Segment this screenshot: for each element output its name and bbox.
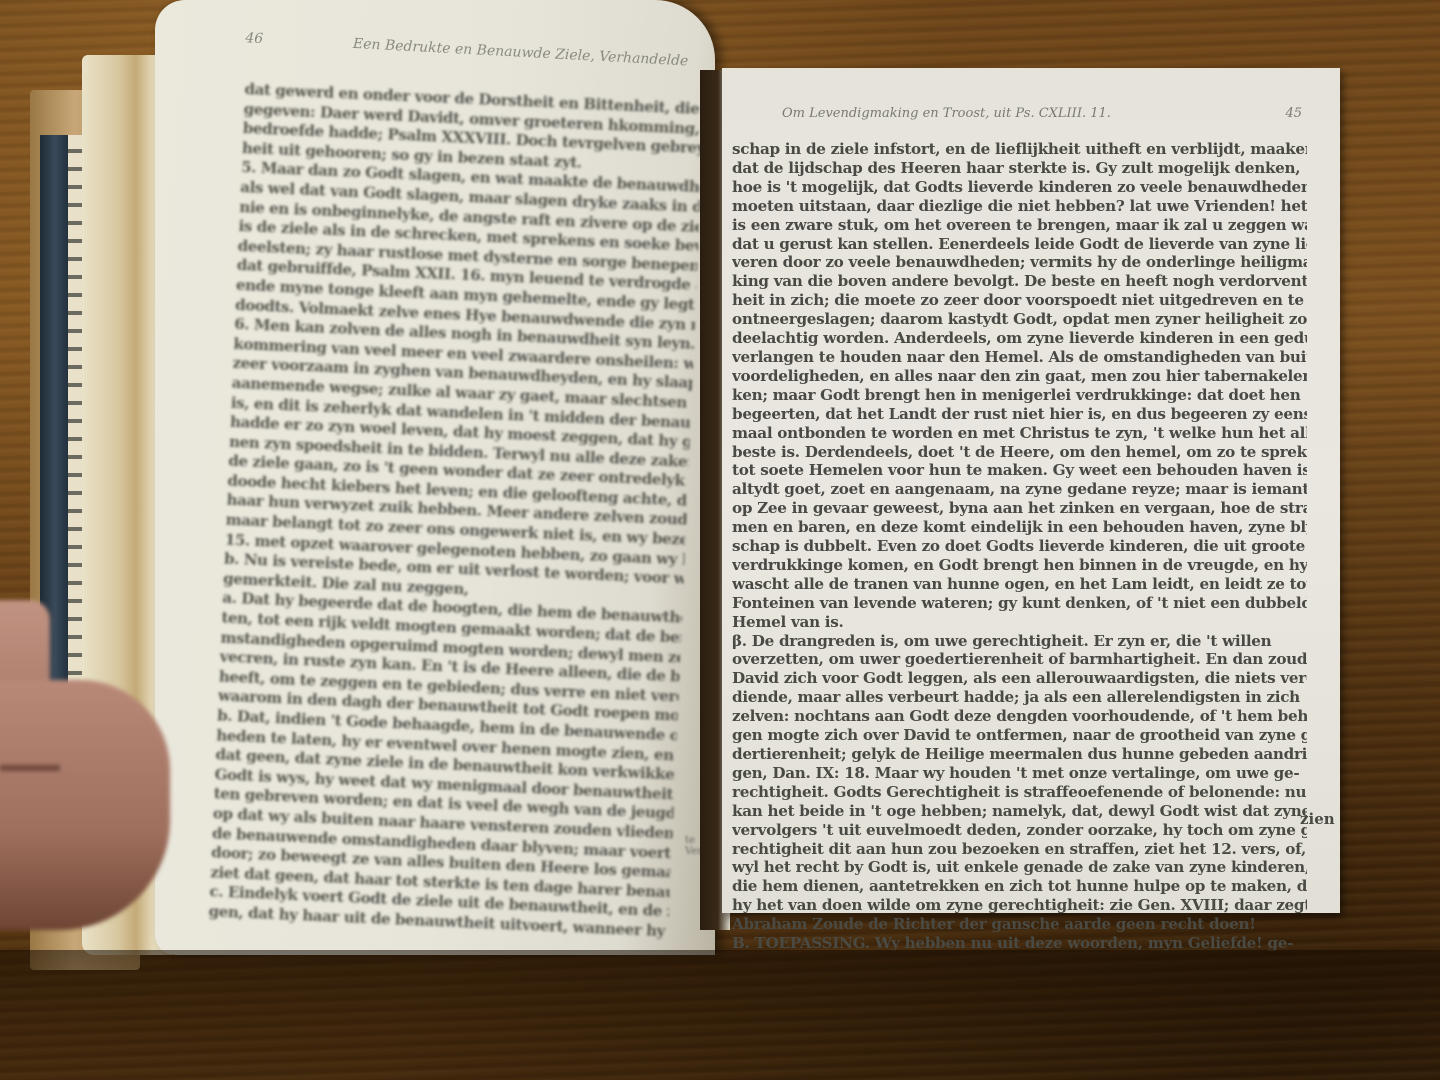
- text-line: hy het van doen wilde om zyne gerechtigh…: [732, 896, 1307, 915]
- text-line: heit in zich; die moete zo zeer door voo…: [732, 291, 1307, 310]
- left-running-head: 46 Een Bedrukte en Benauwde Ziele, Verha…: [245, 30, 695, 70]
- text-line: vervolgers 't uit euvelmoedt deden, zond…: [732, 821, 1307, 840]
- text-line: overzetten, om uwer goedertierenheit of …: [732, 650, 1307, 669]
- table-shadow: [0, 950, 1440, 1080]
- text-line: op Zee in gevaar geweest, byna aan het z…: [732, 499, 1307, 518]
- text-line: moeten uitstaan, daar diezlige die niet …: [732, 197, 1307, 216]
- text-line: is een zware stuk, om het overeen te bre…: [732, 216, 1307, 235]
- right-page: Om Levendigmaking en Troost, uit Ps. CXL…: [722, 68, 1340, 913]
- text-line: king van die boven andere bevolgt. De be…: [732, 272, 1307, 291]
- text-line: dertierenheit; gelyk de Heilige meermale…: [732, 745, 1307, 764]
- text-line: gen, Dan. IX: 18. Maar wy houden 't met …: [732, 764, 1307, 783]
- text-line: zelven: nochtans aan Godt deze dengden v…: [732, 707, 1307, 726]
- text-line: diende, maar alles verbeurt hadde; ja al…: [732, 688, 1307, 707]
- text-line: dat de lijdschap des Heeren haar sterkte…: [732, 159, 1307, 178]
- text-line: veren door zo veele benauwdheden; vermit…: [732, 253, 1307, 272]
- right-running-head: Om Levendigmaking en Troost, uit Ps. CXL…: [782, 106, 1302, 121]
- text-line: kan het beide in 't oge hebben; namelyk,…: [732, 802, 1307, 821]
- text-line: ontneergeslagen; daarom kastydt Godt, op…: [732, 310, 1307, 329]
- text-line: beste is. Derdendeels, doet 't de Heere,…: [732, 443, 1307, 462]
- text-line: Fonteinen van levende wateren; gy kunt d…: [732, 594, 1307, 613]
- text-line: schap is dubbelt. Even zo doet Godts lie…: [732, 537, 1307, 556]
- text-line: voordeligheden, en alles naar den zin ga…: [732, 367, 1307, 386]
- text-line: rechtigheit dit aan hun zou bezoeken en …: [732, 840, 1307, 859]
- text-line: maal ontbonden te worden en met Christus…: [732, 424, 1307, 443]
- text-line: deelachtig worden. Anderdeels, om zyne l…: [732, 329, 1307, 348]
- text-line: tot soete Hemelen voor hun te maken. Gy …: [732, 461, 1307, 480]
- right-running-title: Om Levendigmaking en Troost, uit Ps. CXL…: [782, 106, 1111, 121]
- text-line: verlangen te houden naar den Hemel. Als …: [732, 348, 1307, 367]
- text-line: hoe is 't mogelijk, dat Godts lieverde k…: [732, 178, 1307, 197]
- text-line: wascht alle de tranen van hunne ogen, en…: [732, 575, 1307, 594]
- text-line: ken; maar Godt brengt hen in menigerlei …: [732, 386, 1307, 405]
- left-running-title: Een Bedrukte en Benauwde Ziele, Verhande…: [353, 36, 689, 70]
- text-line: dat u gerust kan stellen. Eenerdeels lei…: [732, 235, 1307, 254]
- text-line: gen mogte zich over David te ontfermen, …: [732, 726, 1307, 745]
- text-line: rechtigheit. Godts Gerechtigheit is stra…: [732, 783, 1307, 802]
- finger-crease: [0, 765, 60, 771]
- right-page-number: 45: [1285, 106, 1302, 121]
- text-line: altydt goet, zoet en aangenaam, na zyne …: [732, 480, 1307, 499]
- text-line: wyl het recht by Godt is, uit enkele gen…: [732, 858, 1307, 877]
- left-page: 46 Een Bedrukte en Benauwde Ziele, Verha…: [155, 0, 715, 955]
- text-line: Abraham Zoude de Richter der gansche aar…: [732, 915, 1307, 934]
- text-line: schap in de ziele infstort, en de liefli…: [732, 140, 1307, 159]
- text-line: verdrukkinge komen, en Godt brengt hen b…: [732, 556, 1307, 575]
- right-catchword: zien: [1300, 810, 1335, 828]
- text-line: begeerten, dat het Landt der rust niet h…: [732, 405, 1307, 424]
- text-line: die hem dienen, aantetrekken en zich tot…: [732, 877, 1307, 896]
- book-headband: [68, 135, 82, 695]
- right-page-body: schap in de ziele infstort, en de liefli…: [732, 140, 1307, 953]
- text-line: men en baren, en deze komt eindelijk in …: [732, 518, 1307, 537]
- text-line: David zich voor Godt leggen, als een all…: [732, 669, 1307, 688]
- left-page-body: dat gewerd en onder voor de Dorstheit en…: [208, 80, 704, 942]
- text-line: Hemel van is.: [732, 613, 1307, 632]
- text-line: β. De drangreden is, om uwe gerechtighei…: [732, 632, 1307, 651]
- left-page-number: 46: [245, 30, 264, 47]
